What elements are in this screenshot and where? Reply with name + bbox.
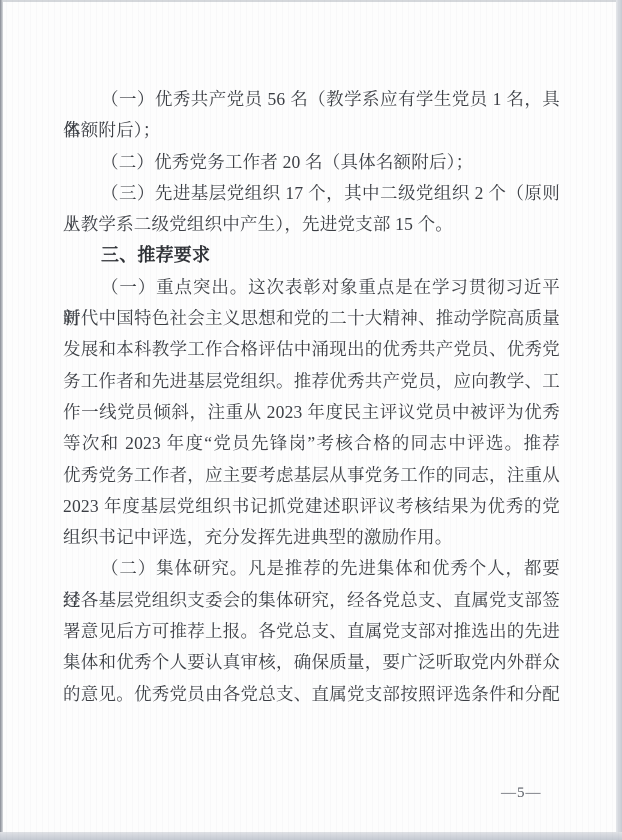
text-line: 从教学系二级党组织中产生），先进党支部 15 个。 — [63, 209, 560, 240]
text-line: （一）优秀共产党员 56 名（教学系应有学生党员 1 名，具体 — [63, 84, 560, 115]
text-line: 2023 年度基层党组织书记抓党建述职评议考核结果为优秀的党 — [63, 491, 560, 522]
text-line: （二）优秀党务工作者 20 名（具体名额附后）； — [63, 147, 560, 178]
section-heading: 三、推荐要求 — [63, 240, 560, 271]
text-line: 集体和优秀个人要认真审核，确保质量，要广泛听取党内外群众 — [63, 647, 560, 678]
text-line: 发展和本科教学工作合格评估中涌现出的优秀共产党员、优秀党 — [63, 334, 560, 365]
scan-edge-left — [0, 0, 3, 840]
scan-edge-bottom — [0, 832, 622, 840]
scan-edge-right — [616, 0, 622, 840]
text-line: 优秀党务工作者，应主要考虑基层从事党务工作的同志，注重从 — [63, 460, 560, 491]
text-line: 署意见后方可推荐上报。各党总支、直属党支部对推选出的先进 — [63, 616, 560, 647]
text-line: 时代中国特色社会主义思想和党的二十大精神、推动学院高质量 — [63, 303, 560, 334]
text-line: 名额附后）； — [63, 115, 560, 146]
text-line: 等次和 2023 年度“党员先锋岗”考核合格的同志中评选。推荐 — [63, 428, 560, 459]
text-line: （三）先进基层党组织 17 个，其中二级党组织 2 个（原则上 — [63, 178, 560, 209]
text-line: 组织书记中评选，充分发挥先进典型的激励作用。 — [63, 522, 560, 553]
text-line: 的意见。优秀党员由各党总支、直属党支部按照评选条件和分配 — [63, 679, 560, 710]
page-number: —5— — [501, 785, 542, 802]
text-line: 作一线党员倾斜，注重从 2023 年度民主评议党员中被评为优秀 — [63, 397, 560, 428]
document-body: （一）优秀共产党员 56 名（教学系应有学生党员 1 名，具体名额附后）；（二）… — [63, 84, 560, 710]
scanned-document-page: （一）优秀共产党员 56 名（教学系应有学生党员 1 名，具体名额附后）；（二）… — [0, 0, 622, 840]
text-line: （一）重点突出。这次表彰对象重点是在学习贯彻习近平新 — [63, 272, 560, 303]
text-line: 过各基层党组织支委会的集体研究，经各党总支、直属党支部签 — [63, 585, 560, 616]
text-line: 务工作者和先进基层党组织。推荐优秀共产党员，应向教学、工 — [63, 366, 560, 397]
text-line: （二）集体研究。凡是推荐的先进集体和优秀个人，都要经 — [63, 553, 560, 584]
scan-edge-top — [0, 0, 622, 2]
